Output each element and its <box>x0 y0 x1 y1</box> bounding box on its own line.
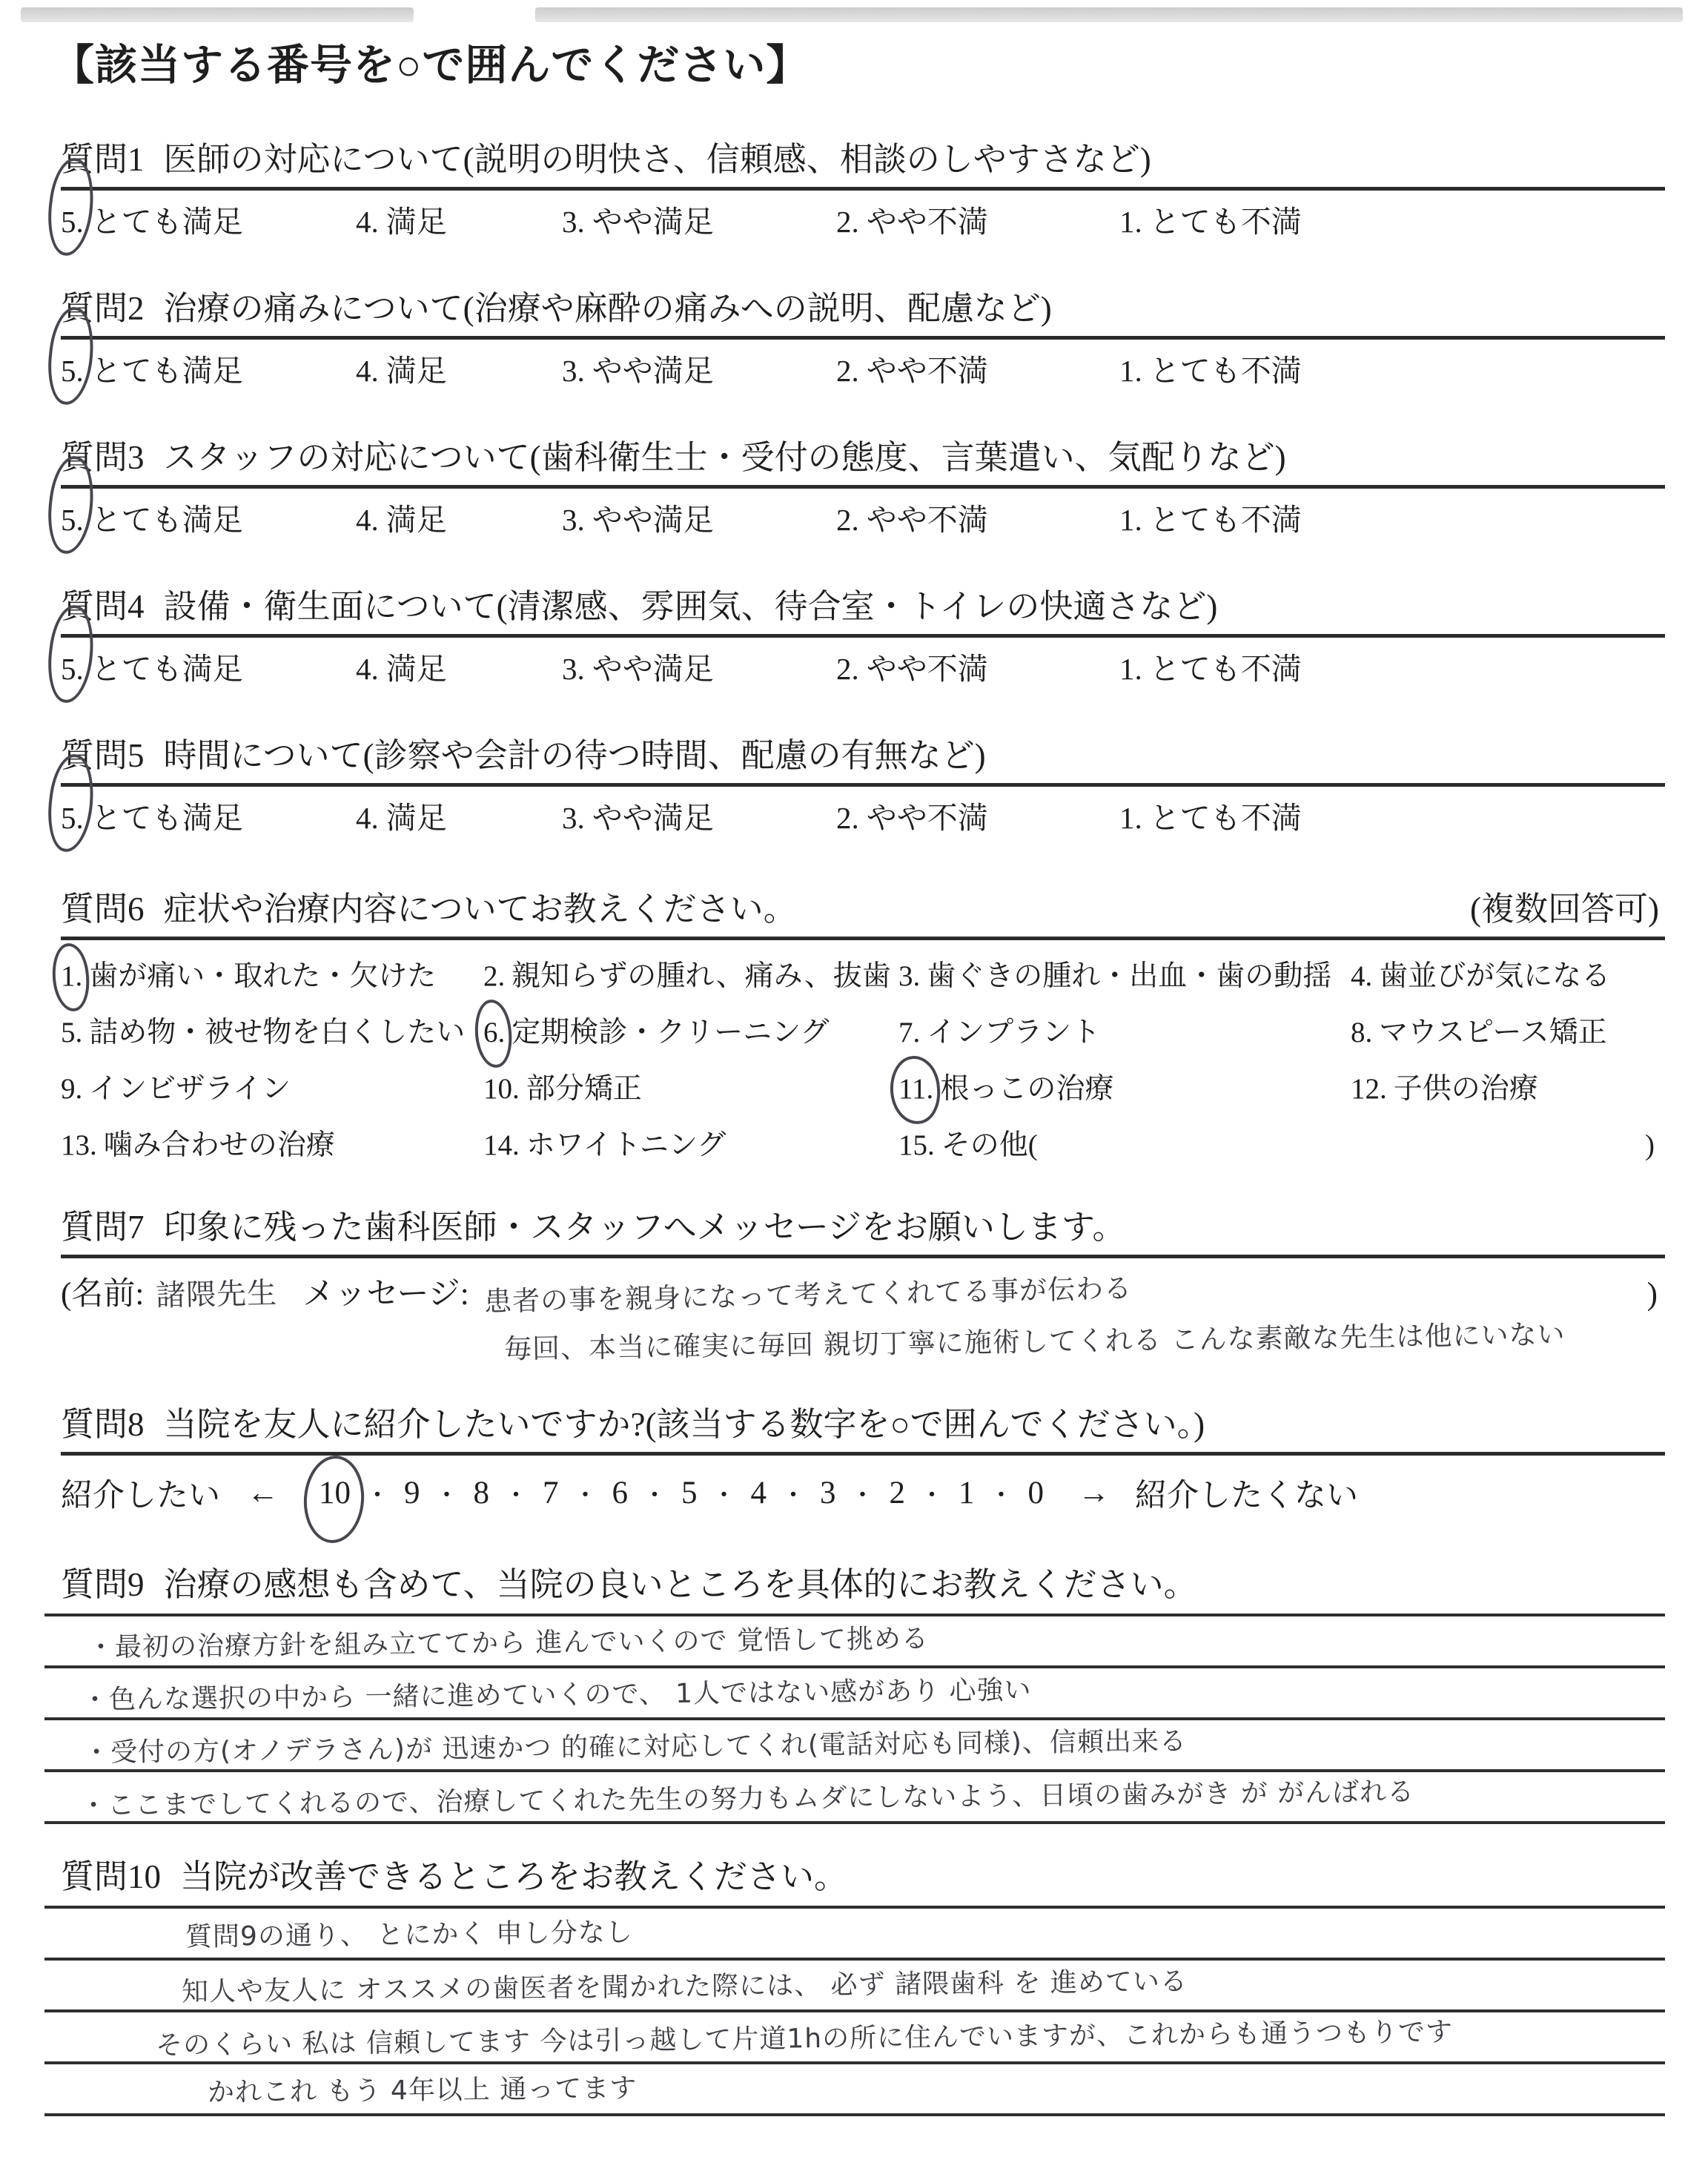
option-label: とても不満 <box>1150 799 1302 837</box>
option-label: やや不満 <box>867 650 988 688</box>
rating-option: 5.とても満足 <box>61 650 356 688</box>
scale-number: 9 <box>404 1475 420 1511</box>
option-number: 6. <box>483 1014 505 1051</box>
option-label: やや満足 <box>592 650 714 688</box>
answer-row: 知人や友人に オススメの歯医者を聞かれた際には、 必ず 諸隈歯科 を 進めている <box>44 1961 1665 2012</box>
rating-option: 2.やや不満 <box>836 202 1119 241</box>
option-label: とても不満 <box>1150 501 1302 539</box>
option-label: とても不満 <box>1150 351 1302 390</box>
answer-row: 質問9の通り、 とにかく 申し分なし <box>44 1909 1665 1961</box>
rating-option: 3.やや満足 <box>562 650 836 688</box>
symptom-option: 11.根っこの治療 <box>898 1071 1351 1108</box>
scale-separator: ・ <box>781 1475 806 1511</box>
option-label: 満足 <box>386 351 447 390</box>
option-label: 詰め物・被せ物を白くしたい <box>89 1014 465 1051</box>
scale-number: 2 <box>890 1475 906 1511</box>
option-number: 4. <box>356 501 379 539</box>
rating-option: 3.やや満足 <box>562 799 836 837</box>
rating-option: 5.とても満足 <box>61 501 356 539</box>
option-number: 5. <box>61 1014 82 1051</box>
close-paren: ) <box>1647 1276 1658 1312</box>
option-number: 10. <box>483 1071 520 1108</box>
handwritten-message-line-2: 毎回、本当に確実に毎回 親切丁寧に施術してくれる こんな素敵な先生は他にいない <box>504 1310 1666 1367</box>
scale-number: 0 <box>1028 1475 1045 1511</box>
question-5-block: 質問5時間について(診察や会計の待つ時間、配慮の有無など) 5.とても満足 4.… <box>61 734 1665 837</box>
option-label: 満足 <box>386 501 447 539</box>
symptom-option: 14.ホワイトニング <box>483 1127 898 1164</box>
question-number: 質問6 <box>61 891 145 928</box>
option-label: インプラント <box>927 1014 1100 1051</box>
question-number: 質問1 <box>61 141 145 178</box>
scale-left-label: 紹介したい <box>61 1470 220 1516</box>
option-number: 7. <box>898 1014 920 1051</box>
scale-number: 6 <box>612 1475 629 1511</box>
handwritten-answer: そのくらい 私は 信頼してます 今は引っ越して片道1hの所に住んでいますが、これ… <box>44 2011 1453 2064</box>
option-label: インビザライン <box>89 1071 291 1108</box>
symptom-option-other: 15.その他() <box>898 1127 1665 1164</box>
handwritten-answer: 質問9の通り、 とにかく 申し分なし <box>44 1911 633 1955</box>
option-label: やや不満 <box>867 202 988 241</box>
question-title: 治療の痛みについて(治療や麻酔の痛みへの説明、配慮など) <box>164 290 1052 327</box>
name-field-label: (名前: <box>61 1269 144 1314</box>
question-number: 質問3 <box>61 439 145 476</box>
answer-row: ・色んな選択の中から 一緒に進めていくので、 1人ではない感があり 心強い <box>44 1668 1665 1720</box>
option-number: 2. <box>836 650 859 688</box>
question-8-block: 質問8当院を友人に紹介したいですか?(該当する数字を○で囲んでください。) 紹介… <box>61 1403 1665 1516</box>
option-number: 1. <box>1119 351 1142 390</box>
rating-option: 4.満足 <box>356 799 562 837</box>
question-title: 治療の感想も含めて、当院の良いところを具体的にお教えください。 <box>164 1566 1197 1603</box>
option-label: 定期検診・クリーニング <box>512 1014 829 1051</box>
option-number: 2. <box>483 958 505 995</box>
rating-option: 4.満足 <box>356 351 562 390</box>
option-label: やや不満 <box>867 799 988 837</box>
rating-option: 5.とても満足 <box>61 799 356 837</box>
handwritten-answer: ・最初の治療方針を組み立ててから 進んでいくので 覚悟して挑める <box>44 1617 929 1664</box>
option-number: 11. <box>898 1071 933 1108</box>
option-number: 5. <box>61 351 84 390</box>
option-number: 4. <box>356 650 379 688</box>
symptom-option: 2.親知らずの腫れ、痛み、抜歯 <box>483 958 898 995</box>
symptom-option: 8.マウスピース矯正 <box>1351 1014 1665 1051</box>
option-label: 子供の治療 <box>1394 1071 1538 1108</box>
question-10-block: 質問10当院が改善できるところをお教えください。 質問9の通り、 とにかく 申し… <box>61 1855 1665 2116</box>
option-label: やや満足 <box>592 799 714 837</box>
rating-option: 2.やや不満 <box>836 501 1119 539</box>
option-number: 3. <box>562 351 585 390</box>
right-arrow: → <box>1078 1475 1110 1511</box>
scale-number: 8 <box>474 1475 490 1511</box>
option-number: 2. <box>836 202 859 241</box>
option-label: とても満足 <box>91 650 243 688</box>
option-number: 3. <box>562 501 585 539</box>
option-number: 1. <box>1119 202 1142 241</box>
option-label: やや満足 <box>592 202 714 241</box>
question-title: 設備・衛生面について(清潔感、雰囲気、待合室・トイレの快適さなど) <box>164 588 1218 625</box>
option-label: やや不満 <box>867 351 988 390</box>
question-3-block: 質問3スタッフの対応について(歯科衛生士・受付の態度、言葉遣い、気配りなど) 5… <box>61 436 1665 539</box>
scale-number: 1 <box>959 1475 975 1511</box>
question-title: 医師の対応について(説明の明快さ、信頼感、相談のしやすさなど) <box>164 141 1151 178</box>
option-label: マウスピース矯正 <box>1379 1014 1606 1051</box>
rating-option: 2.やや不満 <box>836 799 1119 837</box>
handwritten-answer: 知人や友人に オススメの歯医者を聞かれた際には、 必ず 諸隈歯科 を 進めている <box>44 1960 1188 2009</box>
question-number: 質問8 <box>61 1406 145 1443</box>
answer-row: ・ここまでしてくれるので、治療してくれた先生の努力もムダにしないよう、日頃の歯み… <box>44 1772 1665 1824</box>
multi-answer-note: (複数回答可) <box>1470 882 1659 930</box>
other-close-paren: ) <box>1645 1127 1655 1164</box>
option-number: 1. <box>1119 650 1142 688</box>
option-number: 4. <box>356 351 379 390</box>
symptom-option: 10.部分矯正 <box>483 1071 898 1108</box>
scale-number: 4 <box>751 1475 767 1511</box>
rating-option: 3.やや満足 <box>562 501 836 539</box>
option-label: とても不満 <box>1150 202 1302 241</box>
rating-option: 1.とても不満 <box>1119 501 1302 539</box>
question-6-block: 質問6症状や治療内容についてお教えください。 (複数回答可) 1.歯が痛い・取れ… <box>61 882 1665 1164</box>
answer-row: そのくらい 私は 信頼してます 今は引っ越して片道1hの所に住んでいますが、これ… <box>44 2012 1665 2064</box>
option-number: 2. <box>836 351 859 390</box>
rating-option: 1.とても不満 <box>1119 799 1302 837</box>
option-label: とても満足 <box>91 202 243 241</box>
option-label: やや満足 <box>592 501 714 539</box>
question-number: 質問9 <box>61 1566 145 1603</box>
rating-option: 3.やや満足 <box>562 351 836 390</box>
left-arrow: ← <box>247 1475 279 1511</box>
option-label: ホワイトニング <box>526 1127 726 1164</box>
option-label: とても満足 <box>91 799 243 837</box>
option-number: 5. <box>61 650 84 688</box>
rating-options: 5.とても満足 4.満足 3.やや満足 2.やや不満 1.とても不満 <box>61 638 1665 688</box>
option-number: 9. <box>61 1071 82 1108</box>
rating-option: 1.とても不満 <box>1119 650 1302 688</box>
symptom-option: 12.子供の治療 <box>1351 1071 1665 1108</box>
scale-separator: ・ <box>850 1475 875 1511</box>
handwritten-answer: ・受付の方(オノデラさん)が 迅速かつ 的確に対応してくれ(電話対応も同様)、信… <box>44 1720 1187 1769</box>
option-number: 14. <box>483 1127 520 1164</box>
option-label: とても満足 <box>91 501 243 539</box>
scanned-survey-page: { "page": { "title": "【該当する番号を○で囲んでください】… <box>0 0 1708 2160</box>
option-label: 満足 <box>386 799 447 837</box>
answer-lines: 質問9の通り、 とにかく 申し分なし 知人や友人に オススメの歯医者を聞かれた際… <box>44 1906 1665 2116</box>
rating-option: 4.満足 <box>356 650 562 688</box>
question-2-block: 質問2治療の痛みについて(治療や麻酔の痛みへの説明、配慮など) 5.とても満足 … <box>61 287 1665 390</box>
option-number: 2. <box>836 501 859 539</box>
form-content: 【該当する番号を○で囲んでください】 質問1医師の対応について(説明の明快さ、信… <box>0 40 1708 2116</box>
option-number: 4. <box>356 202 379 241</box>
option-number: 4. <box>1351 958 1372 995</box>
message-field-label: メッセージ: <box>302 1269 469 1314</box>
scale-separator: ・ <box>712 1475 737 1511</box>
answer-lines: ・最初の治療方針を組み立ててから 進んでいくので 覚悟して挑める ・色んな選択の… <box>44 1614 1665 1824</box>
scale-separator: ・ <box>642 1475 667 1511</box>
option-number: 1. <box>1119 501 1142 539</box>
nps-scale: 紹介したい ← 10・ 9・ 8・ 7・ 6・ 5・ 4・ 3・ 2・ 1・ 0… <box>61 1456 1665 1516</box>
scale-separator: ・ <box>989 1475 1014 1511</box>
scale-separator: ・ <box>573 1475 598 1511</box>
option-number: 4. <box>356 799 379 837</box>
option-label: やや不満 <box>867 501 988 539</box>
answer-row: かれこれ もう 4年以上 通ってます <box>44 2064 1665 2116</box>
option-label: 満足 <box>386 202 447 241</box>
question-number: 質問7 <box>61 1209 145 1246</box>
question-title: 症状や治療内容についてお教えください。 <box>164 891 797 928</box>
rating-option: 4.満足 <box>356 501 562 539</box>
symptom-option: 1.歯が痛い・取れた・欠けた <box>61 958 483 995</box>
symptom-option: 4.歯並びが気になる <box>1351 958 1665 995</box>
option-number: 1. <box>61 958 82 995</box>
rating-option: 2.やや不満 <box>836 650 1119 688</box>
scale-separator: ・ <box>365 1475 390 1511</box>
rating-options: 5.とても満足 4.満足 3.やや満足 2.やや不満 1.とても不満 <box>61 489 1665 539</box>
scale-number: 5 <box>681 1475 698 1511</box>
option-number: 3. <box>562 650 585 688</box>
question-number: 質問2 <box>61 290 145 327</box>
option-number: 12. <box>1351 1071 1387 1108</box>
option-number: 3. <box>562 202 585 241</box>
question-title: スタッフの対応について(歯科衛生士・受付の態度、言葉遣い、気配りなど) <box>164 439 1286 476</box>
handwritten-answer: かれこれ もう 4年以上 通ってます <box>44 2067 638 2110</box>
option-number: 5. <box>61 799 84 837</box>
option-number: 1. <box>1119 799 1142 837</box>
option-number: 2. <box>836 799 859 837</box>
handwritten-message-line-1: 患者の事を親身になって考えてくれてる事が伝わる <box>483 1266 1132 1319</box>
symptom-options: 1.歯が痛い・取れた・欠けた 2.親知らずの腫れ、痛み、抜歯 3.歯ぐきの腫れ・… <box>61 940 1665 1164</box>
question-number: 質問10 <box>61 1858 161 1895</box>
symptom-option: 3.歯ぐきの腫れ・出血・歯の動揺 <box>898 958 1351 995</box>
message-line: (名前: 諸隈先生 メッセージ: 患者の事を親身になって考えてくれてる事が伝わる… <box>61 1258 1665 1314</box>
option-label: その他( <box>941 1127 1038 1164</box>
rating-option: 2.やや不満 <box>836 351 1119 390</box>
scale-number: 10 <box>319 1475 351 1511</box>
option-label: とても不満 <box>1150 650 1302 688</box>
rating-options: 5.とても満足 4.満足 3.やや満足 2.やや不満 1.とても不満 <box>61 191 1665 241</box>
scale-right-label: 紹介したくない <box>1135 1470 1358 1516</box>
rating-option: 4.満足 <box>356 202 562 241</box>
option-label: 部分矯正 <box>526 1071 642 1108</box>
handwritten-answer: ・ここまでしてくれるので、治療してくれた先生の努力もムダにしないよう、日頃の歯み… <box>44 1771 1415 1823</box>
scale-separator: ・ <box>434 1475 460 1511</box>
option-number: 13. <box>61 1127 97 1164</box>
option-label: とても満足 <box>91 351 243 390</box>
scale-separator: ・ <box>503 1475 529 1511</box>
answer-row: ・受付の方(オノデラさん)が 迅速かつ 的確に対応してくれ(電話対応も同様)、信… <box>44 1720 1665 1772</box>
handwritten-answer: ・色んな選択の中から 一緒に進めていくので、 1人ではない感があり 心強い <box>44 1669 1032 1717</box>
option-label: 親知らずの腫れ、痛み、抜歯 <box>512 958 891 995</box>
symptom-option: 13.噛み合わせの治療 <box>61 1127 483 1164</box>
question-1-block: 質問1医師の対応について(説明の明快さ、信頼感、相談のしやすさなど) 5.とても… <box>61 138 1665 241</box>
rating-options: 5.とても満足 4.満足 3.やや満足 2.やや不満 1.とても不満 <box>61 787 1665 837</box>
option-label: やや満足 <box>592 351 714 390</box>
question-title: 当院が改善できるところをお教えください。 <box>180 1858 847 1895</box>
handwritten-doctor-name: 諸隈先生 <box>156 1269 278 1314</box>
question-9-block: 質問9治療の感想も含めて、当院の良いところを具体的にお教えください。 ・最初の治… <box>61 1563 1665 1824</box>
rating-option: 1.とても不満 <box>1119 351 1302 390</box>
option-number: 3. <box>562 799 585 837</box>
option-label: 根っこの治療 <box>940 1071 1113 1108</box>
question-number: 質問5 <box>61 737 145 774</box>
symptom-option: 5.詰め物・被せ物を白くしたい <box>61 1014 483 1051</box>
option-label: 歯が痛い・取れた・欠けた <box>89 958 436 995</box>
question-4-block: 質問4設備・衛生面について(清潔感、雰囲気、待合室・トイレの快適さなど) 5.と… <box>61 585 1665 688</box>
symptom-option: 6.定期検診・クリーニング <box>483 1014 898 1051</box>
option-label: 噛み合わせの治療 <box>104 1127 335 1164</box>
question-7-block: 質問7印象に残った歯科医師・スタッフへメッセージをお願いします。 (名前: 諸隈… <box>61 1206 1665 1358</box>
symptom-option: 9.インビザライン <box>61 1071 483 1108</box>
answer-row: ・最初の治療方針を組み立ててから 進んでいくので 覚悟して挑める <box>44 1616 1665 1668</box>
question-title: 印象に残った歯科医師・スタッフへメッセージをお願いします。 <box>164 1209 1126 1246</box>
question-number: 質問4 <box>61 588 145 625</box>
rating-option: 5.とても満足 <box>61 351 356 390</box>
rating-options: 5.とても満足 4.満足 3.やや満足 2.やや不満 1.とても不満 <box>61 340 1665 390</box>
rating-option: 1.とても不満 <box>1119 202 1302 241</box>
option-label: 歯ぐきの腫れ・出血・歯の動揺 <box>927 958 1331 995</box>
question-title: 当院を友人に紹介したいですか?(該当する数字を○で囲んでください。) <box>164 1406 1205 1443</box>
scan-artifact-bar <box>535 7 1683 22</box>
symptom-option: 7.インプラント <box>898 1014 1351 1051</box>
option-number: 3. <box>898 958 920 995</box>
scale-number: 3 <box>820 1475 836 1511</box>
option-number: 15. <box>898 1127 935 1164</box>
option-number: 5. <box>61 202 84 241</box>
option-number: 5. <box>61 501 84 539</box>
scale-number: 7 <box>543 1475 559 1511</box>
page-title: 【該当する番号を○で囲んでください】 <box>52 40 1665 92</box>
question-title: 時間について(診察や会計の待つ時間、配慮の有無など) <box>164 737 986 774</box>
scale-separator: ・ <box>919 1475 944 1511</box>
scan-artifact-bar <box>21 7 414 22</box>
option-label: 満足 <box>386 650 447 688</box>
rating-option: 3.やや満足 <box>562 202 836 241</box>
rating-option: 5.とても満足 <box>61 202 356 241</box>
option-number: 8. <box>1351 1014 1372 1051</box>
option-label: 歯並びが気になる <box>1379 958 1610 995</box>
